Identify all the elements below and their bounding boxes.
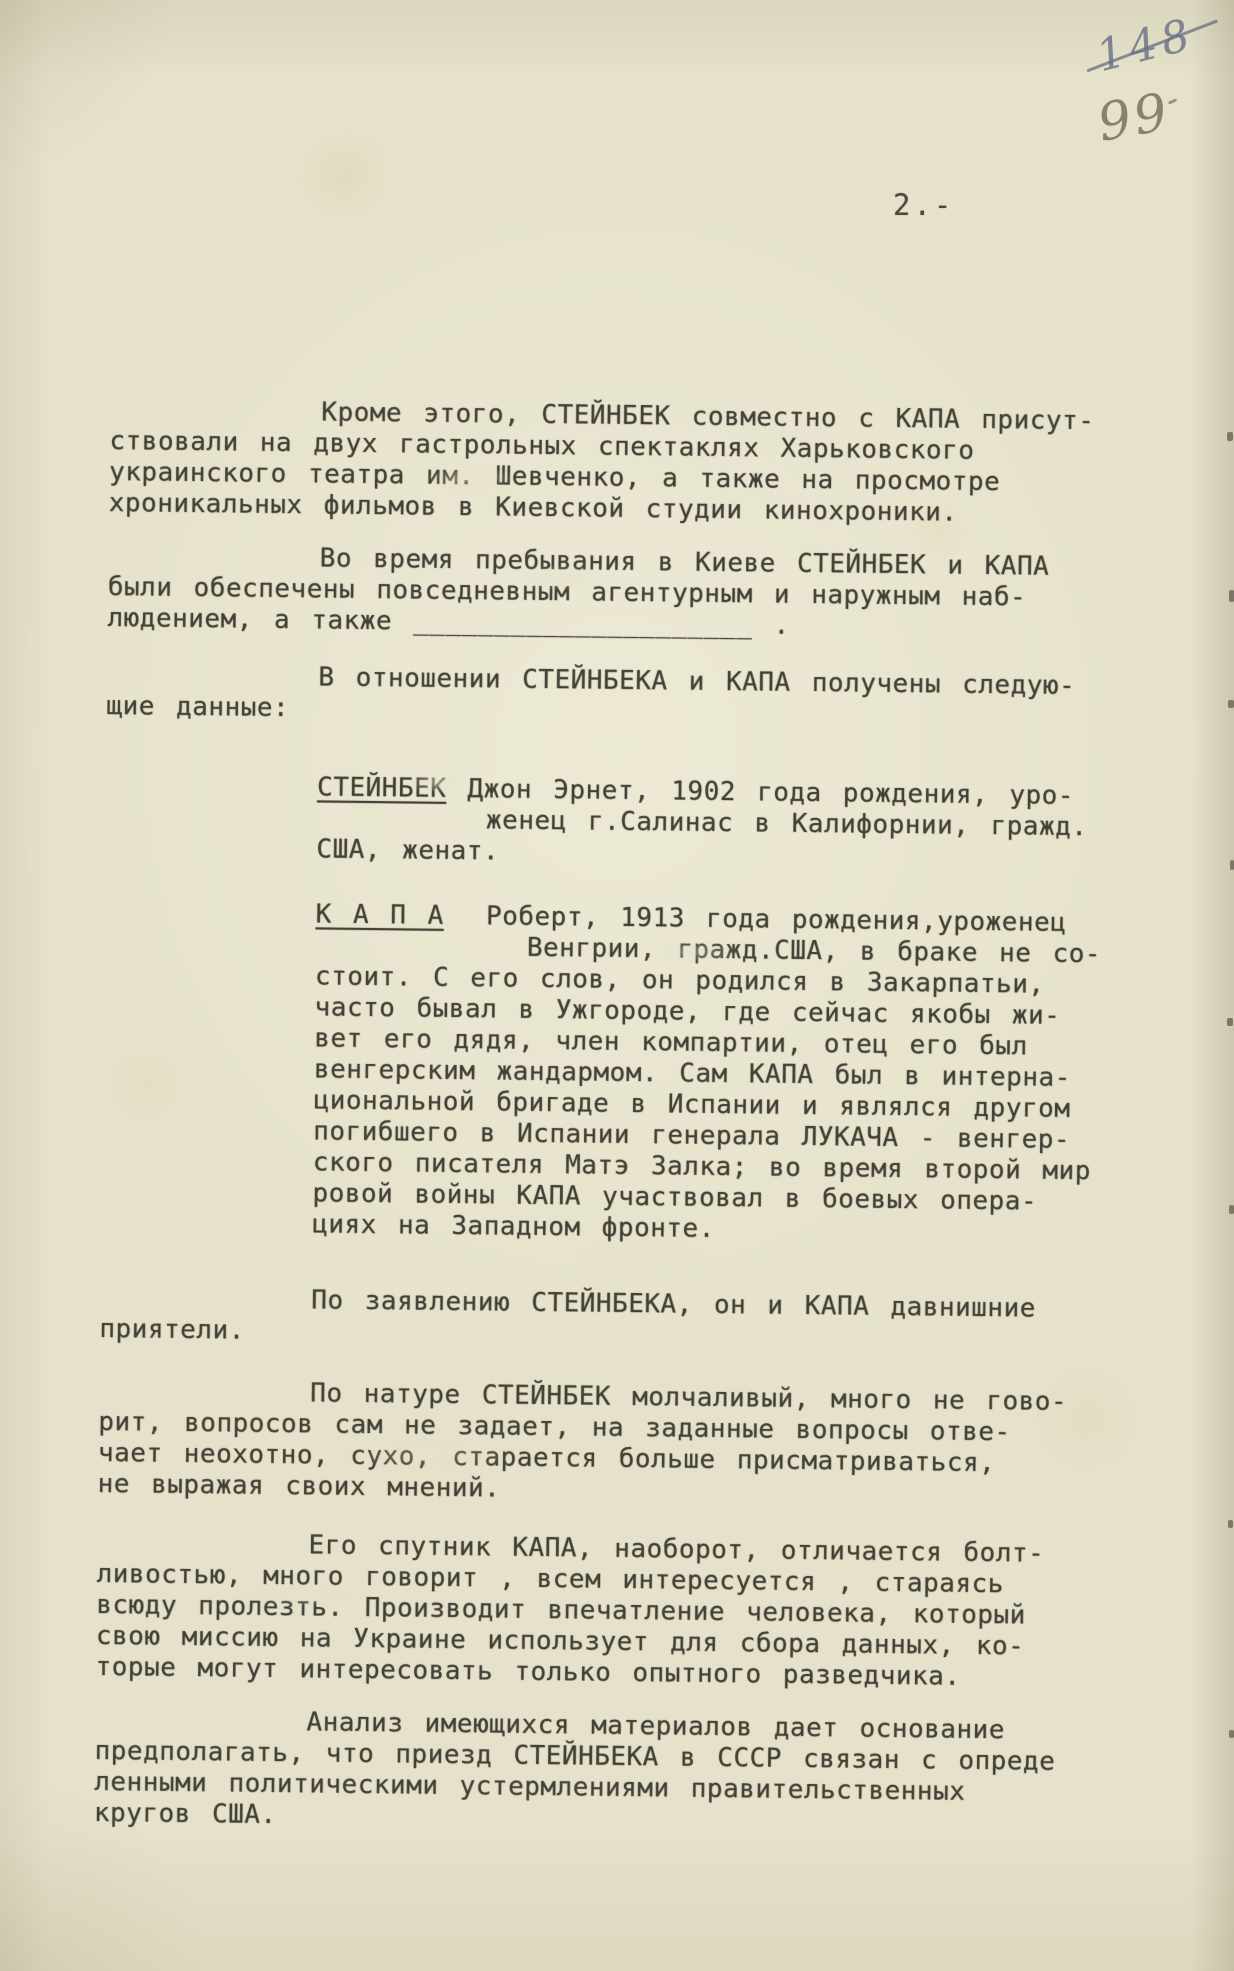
paragraph-surveillance: Во время пребывания в Киеве СТЕЙНБЕК и К… bbox=[107, 541, 1234, 647]
capa-name-underlined: К А П А bbox=[315, 899, 443, 930]
typed-page-number: 2.- bbox=[893, 188, 954, 222]
scan-edge-artifact bbox=[1230, 860, 1234, 870]
paragraph-capa-character: Его спутник КАПА, наоборот, отличается б… bbox=[95, 1528, 1227, 1696]
pencil-mark bbox=[1168, 98, 1177, 105]
bio-capa-indent bbox=[104, 897, 316, 929]
handwritten-page-number-pencil: 99 bbox=[1093, 82, 1174, 154]
scan-edge-artifact bbox=[1229, 1205, 1234, 1214]
paragraph-steinbeck-character: По натуре СТЕЙНБЕК молчаливый, много не … bbox=[97, 1376, 1228, 1513]
scan-edge-artifact bbox=[1229, 1730, 1234, 1738]
scan-edge-artifact bbox=[1227, 1018, 1233, 1026]
bio-steinbeck-indent bbox=[105, 770, 317, 802]
paragraph-analysis: Анализ имеющихся материалов дает основан… bbox=[94, 1705, 1225, 1842]
crossed-number-text: 148 bbox=[1091, 9, 1199, 82]
scan-edge-artifact bbox=[1228, 1520, 1233, 1528]
scan-edge-artifact bbox=[1228, 700, 1234, 708]
paragraph-data-intro: В отношении СТЕЙНБЕКА и КАПА получены сл… bbox=[106, 660, 1234, 735]
bio-capa-text: Роберт, 1913 года рождения,уроженец Венг… bbox=[100, 901, 1101, 1244]
steinbeck-name-underlined: СТЕЙНБЕК bbox=[317, 772, 447, 803]
paragraph-theatre-visits: Кроме этого, СТЕЙНБЕК совместно с КАПА п… bbox=[109, 395, 1234, 532]
document-text: Кроме этого, СТЕЙНБЕК совместно с КАПА п… bbox=[110, 395, 1234, 408]
bio-steinbeck: СТЕЙНБЕК Джон Эрнет, 1902 года рождения,… bbox=[105, 770, 1234, 876]
scanned-document-page: 148 99 2.- Кроме этого, СТЕЙНБЕК совмест… bbox=[0, 0, 1234, 1971]
bio-capa: К А П А Роберт, 1913 года рождения,уроже… bbox=[100, 897, 1234, 1251]
handwritten-crossed-number: 148 bbox=[1091, 9, 1199, 82]
paragraph-friends: По заявлению СТЕЙНБЕКА, он и КАПА давниш… bbox=[99, 1283, 1230, 1358]
scan-edge-artifact bbox=[1227, 432, 1233, 441]
scan-edge-artifact bbox=[1229, 590, 1234, 602]
